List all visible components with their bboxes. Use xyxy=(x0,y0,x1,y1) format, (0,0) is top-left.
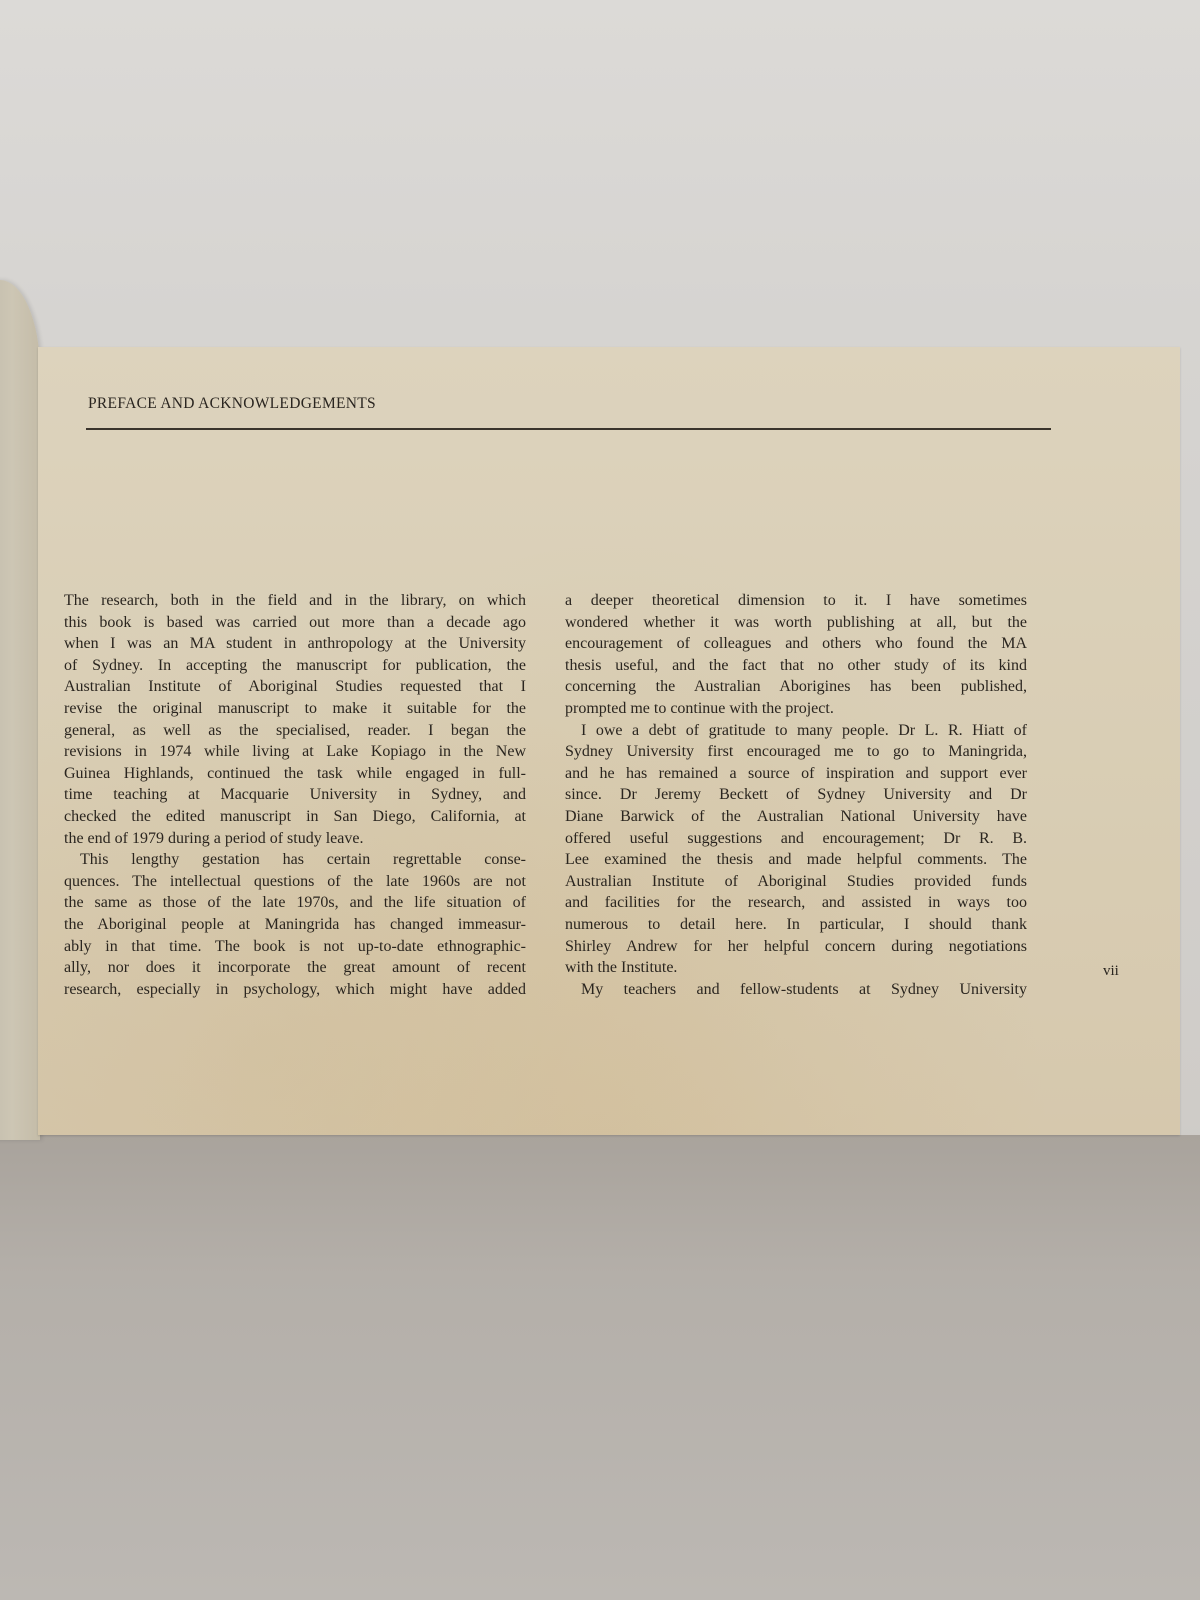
text-line: this book is based was carried out more … xyxy=(64,612,526,634)
text-line: Sydney University first encouraged me to… xyxy=(565,741,1027,763)
text-line: thesis useful, and the fact that no othe… xyxy=(565,655,1027,677)
text-line: ably in that time. The book is not up-to… xyxy=(64,936,526,958)
text-line: and facilities for the research, and ass… xyxy=(565,892,1027,914)
text-line: Shirley Andrew for her helpful concern d… xyxy=(565,936,1027,958)
text-line: and he has remained a source of inspirat… xyxy=(565,763,1027,785)
text-line: ally, nor does it incorporate the great … xyxy=(64,957,526,979)
text-line: My teachers and fellow-students at Sydne… xyxy=(565,979,1027,1001)
text-line: research, especially in psychology, whic… xyxy=(64,979,526,1001)
text-line: when I was an MA student in anthropology… xyxy=(64,633,526,655)
text-line: the Aboriginal people at Maningrida has … xyxy=(64,914,526,936)
text-line: a deeper theoretical dimension to it. I … xyxy=(565,590,1027,612)
text-line: encouragement of colleagues and others w… xyxy=(565,633,1027,655)
text-line: time teaching at Macquarie University in… xyxy=(64,784,526,806)
text-line: offered useful suggestions and encourage… xyxy=(565,828,1027,850)
text-line: Australian Institute of Aboriginal Studi… xyxy=(64,676,526,698)
page-number: vii xyxy=(1103,963,1119,980)
text-line: the end of 1979 during a period of study… xyxy=(64,828,526,850)
header-rule xyxy=(86,428,1051,430)
text-line: This lengthy gestation has certain regre… xyxy=(64,849,526,871)
text-line: wondered whether it was worth publishing… xyxy=(565,612,1027,634)
text-line: Diane Barwick of the Australian National… xyxy=(565,806,1027,828)
text-line: of Sydney. In accepting the manuscript f… xyxy=(64,655,526,677)
text-line: checked the edited manuscript in San Die… xyxy=(64,806,526,828)
text-line: quences. The intellectual questions of t… xyxy=(64,871,526,893)
text-line: since. Dr Jeremy Beckett of Sydney Unive… xyxy=(565,784,1027,806)
text-line: the same as those of the late 1970s, and… xyxy=(64,892,526,914)
left-column: The research, both in the field and in t… xyxy=(64,590,526,1000)
previous-page-curl xyxy=(0,280,40,1140)
text-line: Guinea Highlands, continued the task whi… xyxy=(64,763,526,785)
book-page: PREFACE AND ACKNOWLEDGEMENTS The researc… xyxy=(38,347,1180,1135)
text-line: Lee examined the thesis and made helpful… xyxy=(565,849,1027,871)
text-line: prompted me to continue with the project… xyxy=(565,698,1027,720)
text-line: numerous to detail here. In particular, … xyxy=(565,914,1027,936)
text-line: I owe a debt of gratitude to many people… xyxy=(565,720,1027,742)
text-line: concerning the Australian Aborigines has… xyxy=(565,676,1027,698)
running-head: PREFACE AND ACKNOWLEDGEMENTS xyxy=(88,395,376,413)
right-column: a deeper theoretical dimension to it. I … xyxy=(565,590,1027,1000)
text-line: general, as well as the specialised, rea… xyxy=(64,720,526,742)
table-surface xyxy=(0,1135,1200,1600)
text-line: The research, both in the field and in t… xyxy=(64,590,526,612)
text-line: revise the original manuscript to make i… xyxy=(64,698,526,720)
text-line: Australian Institute of Aboriginal Studi… xyxy=(565,871,1027,893)
text-line: with the Institute. xyxy=(565,957,1027,979)
text-line: revisions in 1974 while living at Lake K… xyxy=(64,741,526,763)
